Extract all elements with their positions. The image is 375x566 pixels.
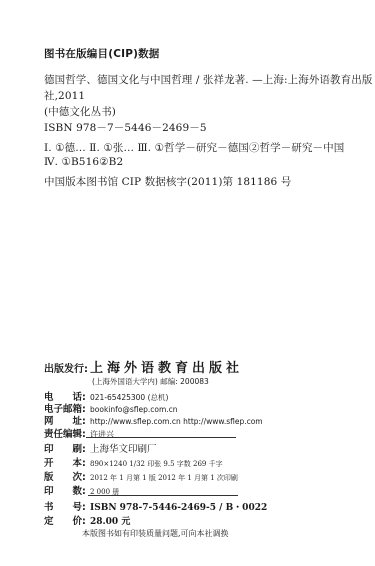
edition-label: 版 次: — [44, 469, 90, 483]
quality-notice: 本版图书如有印装质量问题,可向本社调换 — [82, 528, 229, 539]
isbn-label: 书 号: — [44, 499, 90, 513]
price-value: 28.00 元 — [90, 517, 130, 527]
publisher-address: (上海外国语大学内) 邮编: 200083 — [92, 376, 209, 387]
website-row: 网 址:http://www.sflep.com.cn http://www.s… — [44, 413, 263, 427]
edition-value: 2012 年 1 月第 1 版 2012 年 1 月第 1 次印刷 — [90, 474, 238, 482]
format-row: 开 本:890×1240 1/32 印张 9.5 字数 269 千字 — [44, 455, 223, 469]
format-value: 890×1240 1/32 印张 9.5 字数 269 千字 — [90, 460, 223, 468]
cip-line-title: 德国哲学、德国文化与中国哲理 / 张祥龙著. —上海:上海外语教育出版 — [44, 72, 372, 87]
cip-line-isbn: ISBN 978－7－5446－2469－5 — [44, 120, 207, 135]
website-value[interactable]: http://www.sflep.com.cn http://www.sflep… — [90, 417, 263, 426]
cip-line-classification: Ⅳ. ①B516②B2 — [44, 156, 123, 168]
printer-value: 上海华文印刷厂 — [90, 444, 157, 455]
isbn-row: 书 号:ISBN 978-7-5446-2469-5 / B・0022 — [44, 499, 267, 513]
cip-line-verification: 中国版本图书馆 CIP 数据核字(2011)第 181186 号 — [44, 174, 291, 189]
cip-title: 图书在版编目(CIP)数据 — [44, 46, 160, 61]
publisher-label: 出版发行: — [44, 364, 88, 375]
divider-top — [86, 437, 236, 438]
cip-line-publisher-year: 社,2011 — [44, 88, 85, 103]
price-row: 定 价:28.00 元 — [44, 513, 130, 527]
divider-bottom — [88, 495, 238, 496]
edition-row: 版 次:2012 年 1 月第 1 版 2012 年 1 月第 1 次印刷 — [44, 469, 238, 483]
printer-label: 印 刷: — [44, 441, 90, 455]
website-label: 网 址: — [44, 413, 90, 427]
cip-line-series: (中德文化丛书) — [44, 104, 116, 119]
editor-label: 责任编辑: — [44, 426, 90, 440]
copies-label: 印 数: — [44, 483, 90, 497]
publisher-heading: 出版发行:上海外语教育出版社 — [44, 357, 243, 376]
price-label: 定 价: — [44, 513, 90, 527]
format-label: 开 本: — [44, 455, 90, 469]
publisher-name: 上海外语教育出版社 — [90, 361, 243, 376]
isbn-value: ISBN 978-7-5446-2469-5 / B・0022 — [90, 503, 267, 513]
cip-line-subjects: Ⅰ. ①德… Ⅱ. ①张… Ⅲ. ①哲学－研究－德国②哲学－研究－中国 — [44, 140, 344, 155]
printer-row: 印 刷:上海华文印刷厂 — [44, 441, 157, 455]
